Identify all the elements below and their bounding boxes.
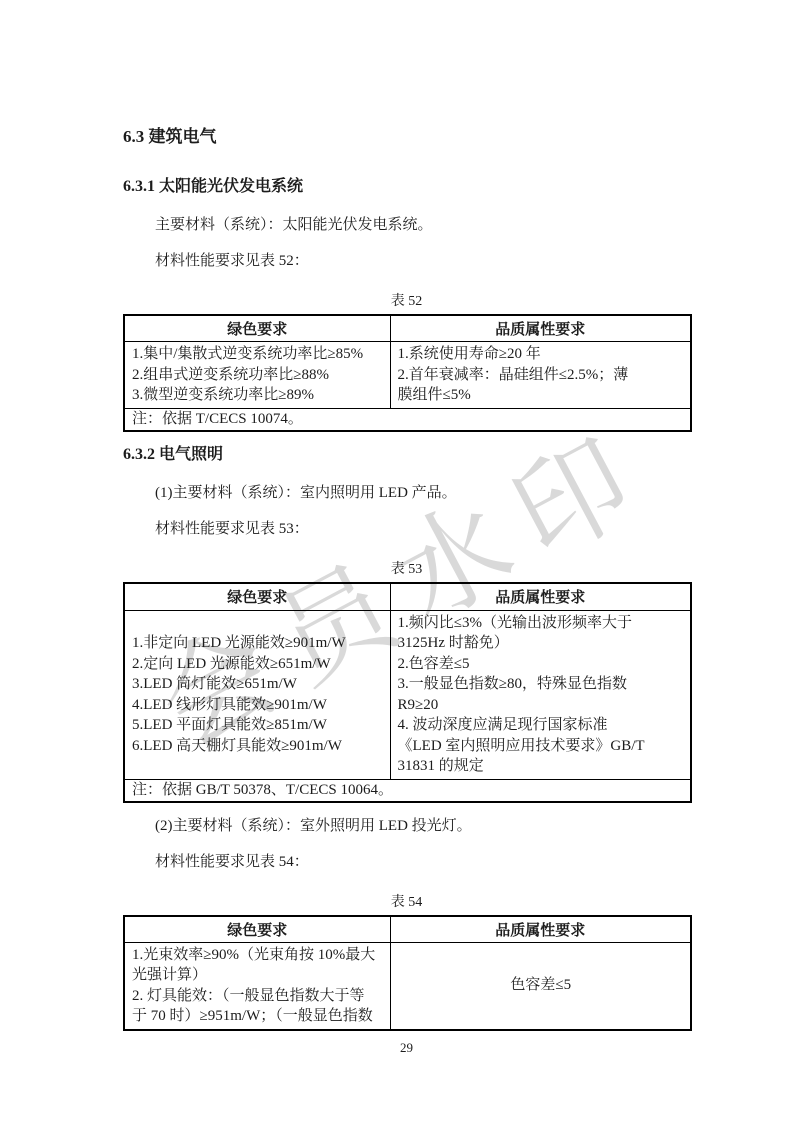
green-requirements-header: 绿色要求 — [124, 583, 390, 611]
quality-requirements-cell: 1.频闪比≤3%（光输出波形频率大于 3125Hz 时豁免） 2.色容差≤5 3… — [390, 610, 691, 779]
paragraph-pv-table-ref: 材料性能要求见表 52： — [123, 251, 690, 272]
page-content: 6.3 建筑电气 6.3.1 太阳能光伏发电系统 主要材料（系统）：太阳能光伏发… — [123, 0, 690, 1055]
table-row: 注：依据 T/CECS 10074。 — [124, 408, 691, 431]
paragraph-led-indoor-table-ref: 材料性能要求见表 53： — [123, 519, 690, 540]
paragraph-led-outdoor-material: (2)主要材料（系统）：室外照明用 LED 投光灯。 — [123, 816, 690, 837]
green-requirements-cell: 1.非定向 LED 光源能效≥901m/W 2.定向 LED 光源能效≥651m… — [124, 610, 390, 779]
table-caption-52: 表 52 — [123, 294, 690, 309]
quality-requirements-header: 品质属性要求 — [390, 315, 691, 342]
section-heading-6-3: 6.3 建筑电气 — [123, 0, 690, 148]
table-row: 注：依据 GB/T 50378、T/CECS 10064。 — [124, 779, 691, 802]
section-heading-6-3-2: 6.3.2 电气照明 — [123, 444, 690, 466]
table-52: 绿色要求 品质属性要求 1.集中/集散式逆变系统功率比≥85% 2.组串式逆变系… — [123, 314, 692, 432]
quality-requirements-cell: 色容差≤5 — [390, 942, 691, 1030]
paragraph-pv-material: 主要材料（系统）：太阳能光伏发电系统。 — [123, 215, 690, 236]
quality-requirements-header: 品质属性要求 — [390, 583, 691, 611]
green-requirements-header: 绿色要求 — [124, 315, 390, 342]
quality-requirements-header: 品质属性要求 — [390, 916, 691, 943]
note-cell: 注：依据 T/CECS 10074。 — [124, 408, 691, 431]
green-requirements-cell: 1.集中/集散式逆变系统功率比≥85% 2.组串式逆变系统功率比≥88% 3.微… — [124, 342, 390, 409]
table-row: 1.光束效率≥90%（光束角按 10%最大 光强计算） 2. 灯具能效：（一般显… — [124, 942, 691, 1030]
table-row: 绿色要求 品质属性要求 — [124, 583, 691, 611]
paragraph-led-indoor-material: (1)主要材料（系统）：室内照明用 LED 产品。 — [123, 483, 690, 504]
green-requirements-cell: 1.光束效率≥90%（光束角按 10%最大 光强计算） 2. 灯具能效：（一般显… — [124, 942, 390, 1030]
table-54: 绿色要求 品质属性要求 1.光束效率≥90%（光束角按 10%最大 光强计算） … — [123, 915, 692, 1031]
table-caption-53: 表 53 — [123, 562, 690, 577]
table-53: 绿色要求 品质属性要求 1.非定向 LED 光源能效≥901m/W 2.定向 L… — [123, 582, 692, 803]
table-row: 绿色要求 品质属性要求 — [124, 916, 691, 943]
page-number: 29 — [123, 1040, 690, 1055]
section-heading-6-3-1: 6.3.1 太阳能光伏发电系统 — [123, 176, 690, 198]
paragraph-led-outdoor-table-ref: 材料性能要求见表 54： — [123, 852, 690, 873]
quality-requirements-cell: 1.系统使用寿命≥20 年 2.首年衰减率：晶硅组件≤2.5%；薄 膜组件≤5% — [390, 342, 691, 409]
document-page: { "watermark": { "text": "会员水印", "color"… — [0, 0, 793, 1122]
green-requirements-header: 绿色要求 — [124, 916, 390, 943]
note-cell: 注：依据 GB/T 50378、T/CECS 10064。 — [124, 779, 691, 802]
table-caption-54: 表 54 — [123, 895, 690, 910]
table-row: 1.集中/集散式逆变系统功率比≥85% 2.组串式逆变系统功率比≥88% 3.微… — [124, 342, 691, 409]
table-row: 绿色要求 品质属性要求 — [124, 315, 691, 342]
table-row: 1.非定向 LED 光源能效≥901m/W 2.定向 LED 光源能效≥651m… — [124, 610, 691, 779]
